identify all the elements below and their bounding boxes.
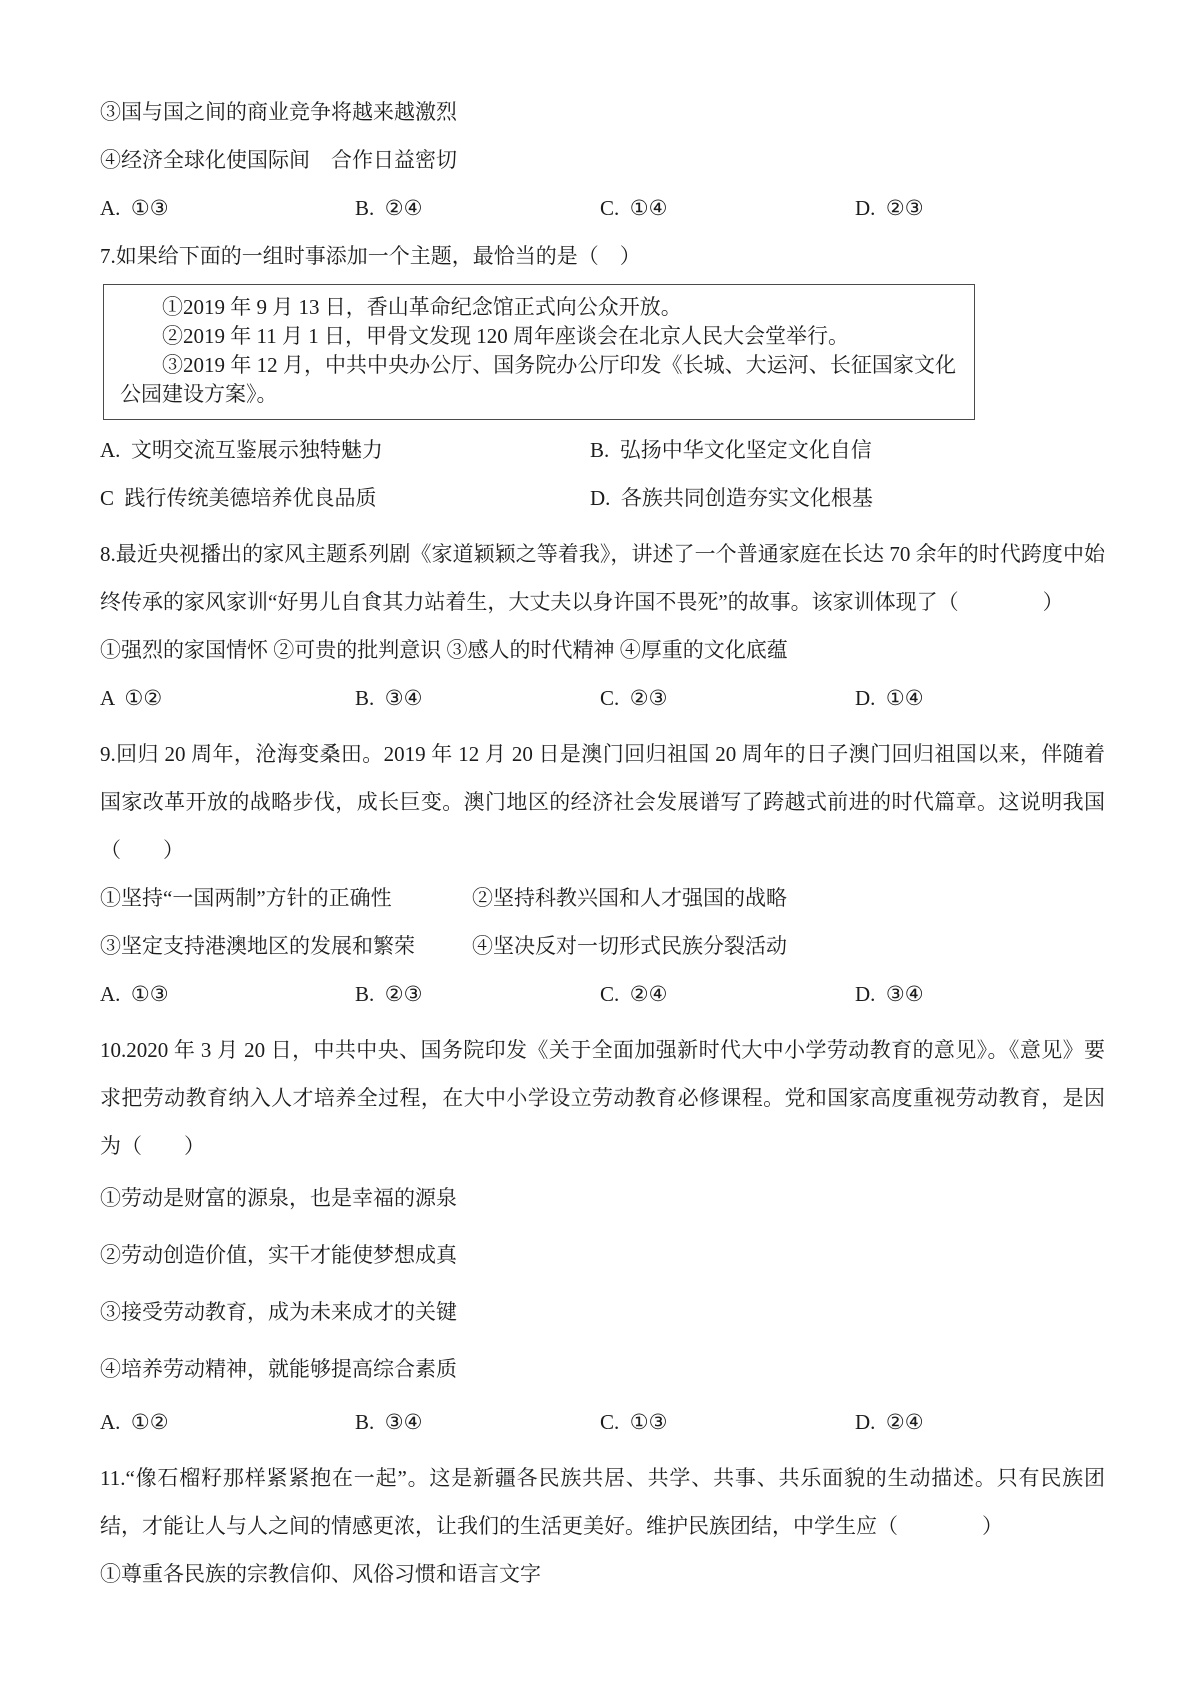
q10-item-3: ③接受劳动教育，成为未来成才的关键 [100, 1284, 1105, 1341]
q6-option-d: D. ②③ [855, 184, 1105, 232]
q10-option-d: D. ②④ [855, 1398, 1105, 1446]
q9-options-row: A. ①③ B. ②③ C. ②④ D. ③④ [100, 970, 1105, 1018]
q9-item-3: ③坚定支持港澳地区的发展和繁荣 [100, 922, 472, 970]
q10-item-4: ④培养劳动精神，就能够提高综合素质 [100, 1341, 1105, 1398]
exam-paper-page: ③国与国之间的商业竞争将越来越激烈 ④经济全球化使国际间 合作日益密切 A. ①… [0, 0, 1200, 1698]
q9-option-a: A. ①③ [100, 970, 355, 1018]
q10-option-c: C. ①③ [600, 1398, 855, 1446]
q10-options-row: A. ①② B. ③④ C. ①③ D. ②④ [100, 1398, 1105, 1446]
q11-stem: 11.“像石榴籽那样紧紧抱在一起”。这是新疆各民族共居、共学、共事、共乐面貌的生… [100, 1454, 1105, 1550]
q7-option-b: B. 弘扬中华文化坚定文化自信 [590, 426, 1105, 474]
q10-option-b: B. ③④ [355, 1398, 600, 1446]
q6-option-b: B. ②④ [355, 184, 600, 232]
q8-option-d: D. ①④ [855, 674, 1105, 722]
q8-items-line: ①强烈的家国情怀 ②可贵的批判意识 ③感人的时代精神 ④厚重的文化底蕴 [100, 626, 1105, 674]
q6-options-row: A. ①③ B. ②④ C. ①④ D. ②③ [100, 184, 1105, 232]
q8-stem: 8.最近央视播出的家风主题系列剧《家道颖颖之等着我》，讲述了一个普通家庭在长达 … [100, 530, 1105, 626]
q7-news-item-1: ①2019 年 9 月 13 日，香山革命纪念馆正式向公众开放。 [120, 293, 956, 322]
q9-option-d: D. ③④ [855, 970, 1105, 1018]
q7-option-d: D. 各族共同创造夯实文化根基 [590, 474, 1105, 522]
q9-option-c: C. ②④ [600, 970, 855, 1018]
q8-option-c: C. ②③ [600, 674, 855, 722]
q6-item-3: ③国与国之间的商业竞争将越来越激烈 [100, 88, 1105, 136]
q10-item-2: ②劳动创造价值，实干才能使梦想成真 [100, 1227, 1105, 1284]
q8-option-b: B. ③④ [355, 674, 600, 722]
q9-item-1: ①坚持“一国两制”方针的正确性 [100, 874, 472, 922]
q7-option-a: A. 文明交流互鉴展示独特魅力 [100, 426, 590, 474]
q9-items-row-1: ①坚持“一国两制”方针的正确性 ②坚持科教兴国和人才强国的战略 [100, 874, 1105, 922]
q7-news-box: ①2019 年 9 月 13 日，香山革命纪念馆正式向公众开放。 ②2019 年… [103, 284, 975, 420]
q7-options-row-2: C 践行传统美德培养优良品质 D. 各族共同创造夯实文化根基 [100, 474, 1105, 522]
q8-options-row: A ①② B. ③④ C. ②③ D. ①④ [100, 674, 1105, 722]
q6-option-a: A. ①③ [100, 184, 355, 232]
q6-item-4: ④经济全球化使国际间 合作日益密切 [100, 136, 1105, 184]
q9-option-b: B. ②③ [355, 970, 600, 1018]
q7-options-row-1: A. 文明交流互鉴展示独特魅力 B. 弘扬中华文化坚定文化自信 [100, 426, 1105, 474]
q9-stem: 9.回归 20 周年，沧海变桑田。2019 年 12 月 20 日是澳门回归祖国… [100, 730, 1105, 874]
q9-item-4: ④坚决反对一切形式民族分裂活动 [472, 922, 1105, 970]
q10-stem: 10.2020 年 3 月 20 日，中共中央、国务院印发《关于全面加强新时代大… [100, 1026, 1105, 1170]
q10-option-a: A. ①② [100, 1398, 355, 1446]
q7-option-c: C 践行传统美德培养优良品质 [100, 474, 590, 522]
q8-option-a: A ①② [100, 674, 355, 722]
q10-item-1: ①劳动是财富的源泉，也是幸福的源泉 [100, 1170, 1105, 1227]
q11-item-1: ①尊重各民族的宗教信仰、风俗习惯和语言文字 [100, 1550, 1105, 1598]
q7-stem: 7.如果给下面的一组时事添加一个主题，最恰当的是（ ） [100, 232, 1105, 280]
q9-items-row-2: ③坚定支持港澳地区的发展和繁荣 ④坚决反对一切形式民族分裂活动 [100, 922, 1105, 970]
q6-option-c: C. ①④ [600, 184, 855, 232]
q7-news-item-2: ②2019 年 11 月 1 日，甲骨文发现 120 周年座谈会在北京人民大会堂… [120, 322, 956, 351]
q7-news-item-3: ③2019 年 12 月，中共中央办公厅、国务院办公厅印发《长城、大运河、长征国… [120, 351, 956, 409]
q9-item-2: ②坚持科教兴国和人才强国的战略 [472, 874, 1105, 922]
